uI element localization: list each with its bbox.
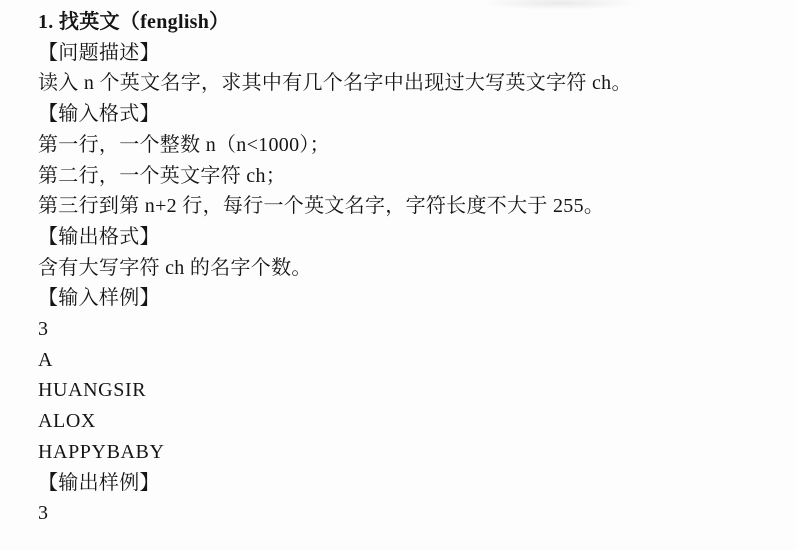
document-page: 1. 找英文（fenglish） 【问题描述】 读入 n 个英文名字，求其中有几… <box>0 0 796 550</box>
sample-input-line-2: A <box>38 345 776 376</box>
section-problem-description: 【问题描述】 读入 n 个英文名字，求其中有几个名字中出现过大写英文字符 ch。 <box>38 38 776 99</box>
sample-input-line-1: 3 <box>38 314 776 345</box>
section-output-sample: 【输出样例】 3 <box>38 468 776 529</box>
section-input-format: 【输入格式】 第一行，一个整数 n（n<1000）； 第二行，一个英文字符 ch… <box>38 99 776 222</box>
section-output-format: 【输出格式】 含有大写字符 ch 的名字个数。 <box>38 222 776 283</box>
section-input-sample: 【输入样例】 3 A HUANGSIR ALOX HAPPYBABY <box>38 283 776 467</box>
sample-input-line-3: HUANGSIR <box>38 375 776 406</box>
sample-output-line-1: 3 <box>38 498 776 529</box>
section-header-input-format: 【输入格式】 <box>38 99 776 130</box>
section-header-problem-description: 【问题描述】 <box>38 38 776 69</box>
output-format-line-1: 含有大写字符 ch 的名字个数。 <box>38 253 776 284</box>
sample-input-line-5: HAPPYBABY <box>38 437 776 468</box>
problem-statement-line: 读入 n 个英文名字，求其中有几个名字中出现过大写英文字符 ch。 <box>38 68 776 99</box>
section-header-output-sample: 【输出样例】 <box>38 468 776 499</box>
section-header-input-sample: 【输入样例】 <box>38 283 776 314</box>
input-format-line-2: 第二行，一个英文字符 ch； <box>38 161 776 192</box>
problem-title: 1. 找英文（fenglish） <box>38 7 776 38</box>
input-format-line-3: 第三行到第 n+2 行，每行一个英文名字，字符长度不大于 255。 <box>38 191 776 222</box>
sample-input-line-4: ALOX <box>38 406 776 437</box>
input-format-line-1: 第一行，一个整数 n（n<1000）； <box>38 130 776 161</box>
section-header-output-format: 【输出格式】 <box>38 222 776 253</box>
